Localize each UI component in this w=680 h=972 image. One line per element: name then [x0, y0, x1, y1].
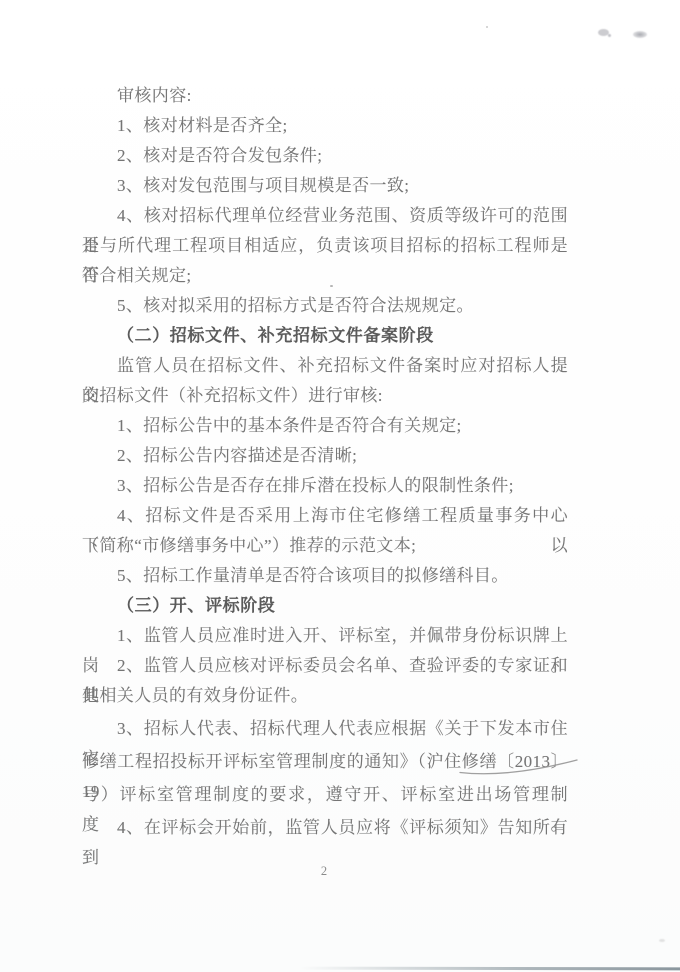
text-line: 5、招标工作量清单是否符合该项目的拟修缮科目。	[82, 561, 568, 591]
text-line: 2、核对是否符合发包条件;	[82, 141, 568, 171]
text-line: 审核内容:	[82, 81, 568, 111]
scan-smudge	[608, 34, 611, 37]
scan-smudge	[598, 29, 609, 36]
section-heading-line: （二）招标文件、补充招标文件备案阶段	[82, 321, 568, 351]
text-line: 5、核对拟采用的招标方式是否符合法规规定。	[82, 291, 568, 321]
text-line: 1、核对材料是否齐全;	[82, 111, 568, 141]
text-line: 3、招标人代表、招标代理人代表应根据《关于下发本市住宅	[82, 714, 568, 744]
text-line: 2、招标公告内容描述是否清晰;	[82, 441, 568, 471]
text-line: 号）评标室管理制度的要求，遵守开、评标室进出场管理制度。	[82, 780, 568, 810]
page-edge-shadow	[300, 967, 680, 970]
text-line: 3、核对发包范围与项目规模是否一致;	[82, 171, 568, 201]
document-body: 审核内容:1、核对材料是否齐全;2、核对是否符合发包条件;3、核对发包范围与项目…	[82, 81, 568, 843]
text-line: 2、监管人员应核对评标委员会名单、查验评委的专家证和其	[82, 651, 568, 681]
text-line: 4、核对招标代理单位经营业务范围、资质等级许可的范围是	[82, 201, 568, 231]
text-line: 修缮工程招投标开评标室管理制度的通知》（沪住修缮〔2013〕19	[82, 747, 568, 777]
scan-speck	[659, 939, 665, 942]
text-line: 的招标文件（补充招标文件）进行审核:	[82, 381, 568, 411]
text-line: 1、招标公告中的基本条件是否符合有关规定;	[82, 411, 568, 441]
scan-smudge	[633, 31, 647, 38]
scanned-page: 审核内容:1、核对材料是否齐全;2、核对是否符合发包条件;3、核对发包范围与项目…	[0, 0, 680, 972]
text-line: 监管人员在招标文件、补充招标文件备案时应对招标人提交	[82, 351, 568, 381]
text-line: 4、招标文件是否采用上海市住宅修缮工程质量事务中心（以	[82, 501, 568, 531]
text-line: 他相关人员的有效身份证件。	[82, 681, 568, 711]
text-line: 否与所代理工程项目相适应，负责该项目招标的招标工程师是否	[82, 231, 568, 261]
page-number: 2	[306, 864, 342, 879]
text-line: 3、招标公告是否存在排斥潜在投标人的限制性条件;	[82, 471, 568, 501]
text-line: 符合相关规定;	[82, 261, 568, 291]
section-heading-line: （三）开、评标阶段	[82, 591, 568, 621]
text-line: 4、在评标会开始前，监管人员应将《评标须知》告知所有到	[82, 813, 568, 843]
scan-speck	[486, 26, 488, 28]
text-line: 1、监管人员应准时进入开、评标室，并佩带身份标识牌上岗。	[82, 621, 568, 651]
